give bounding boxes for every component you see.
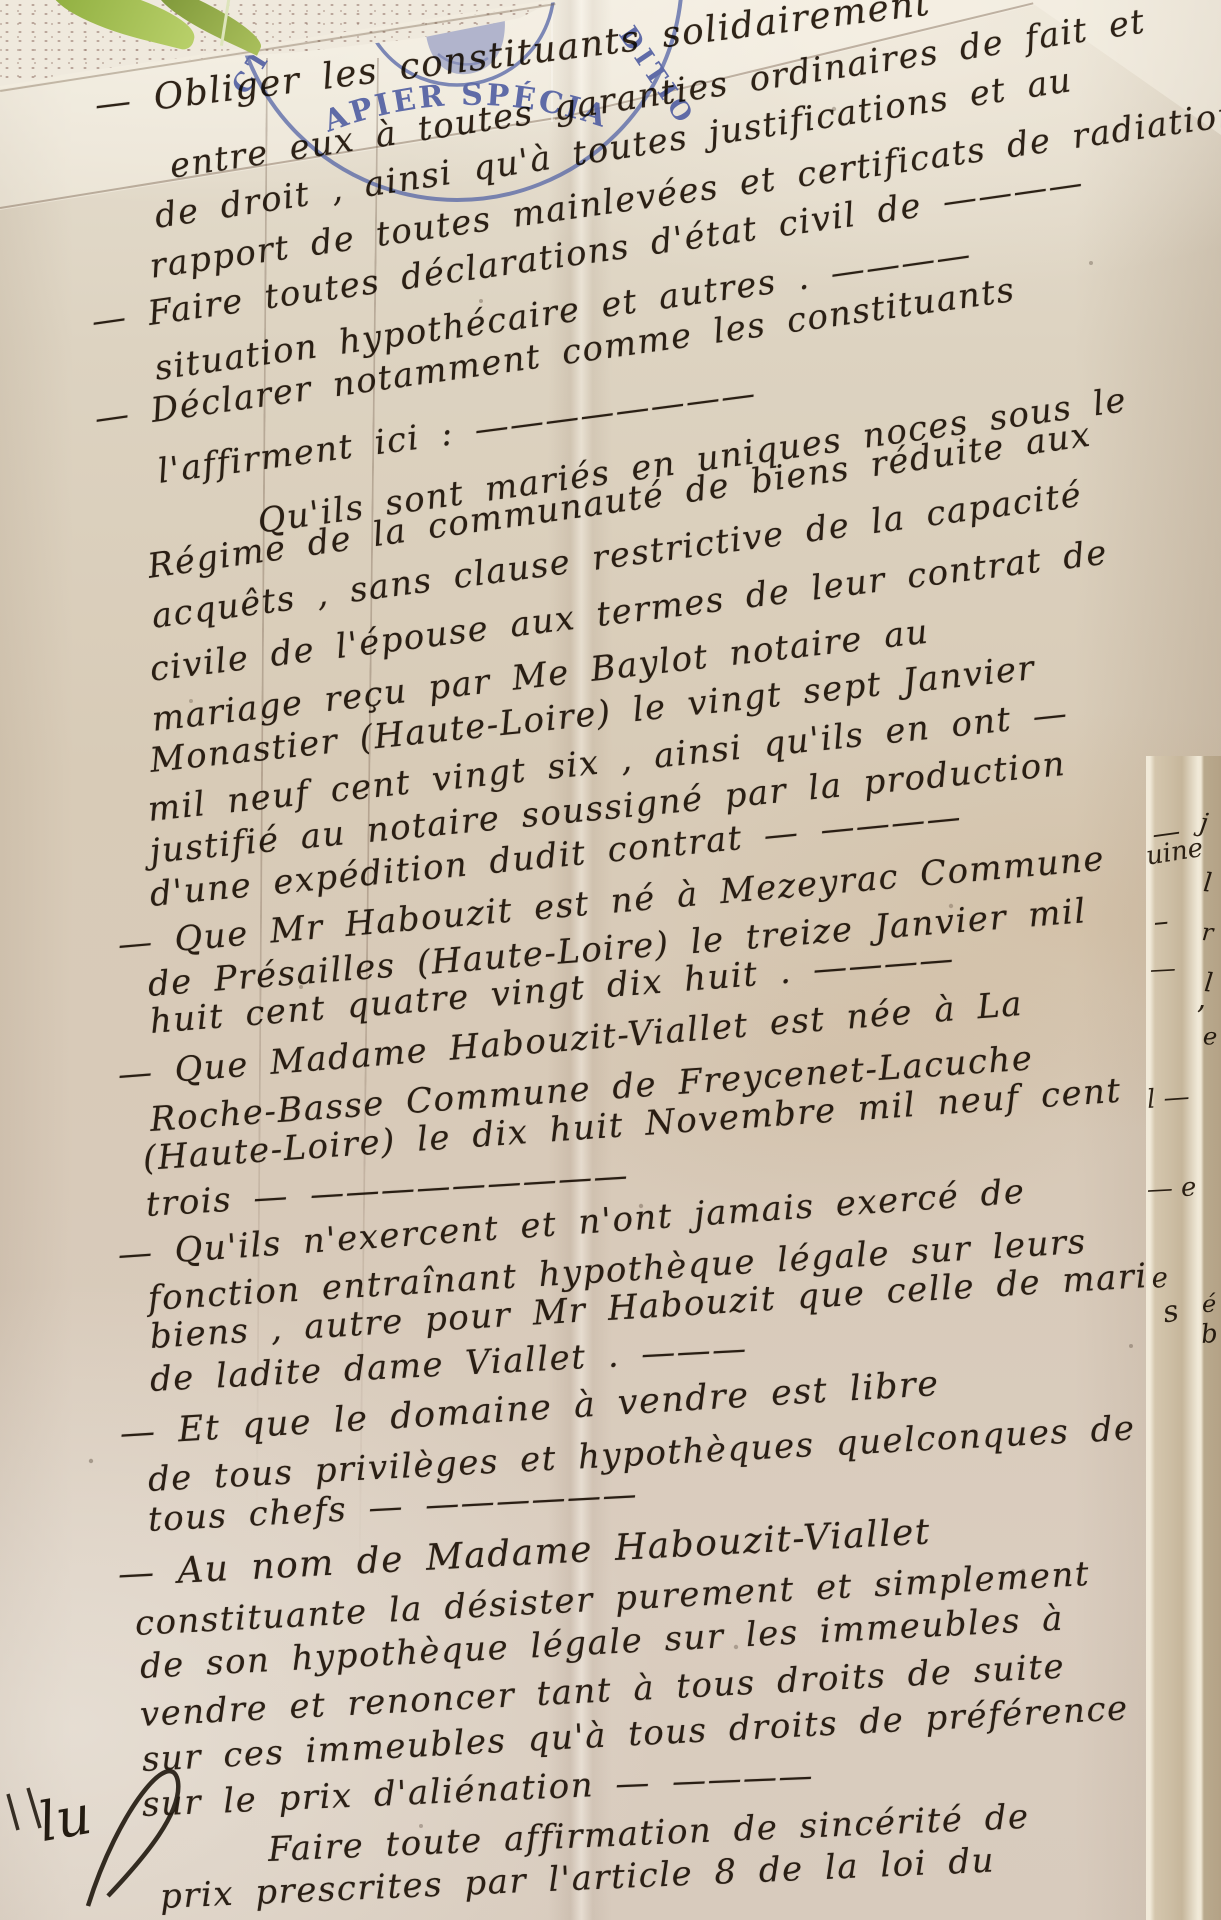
edge-fragment: — e bbox=[1146, 1172, 1197, 1205]
edge-fragment: e bbox=[1202, 1022, 1218, 1051]
paraph-initials: lu bbox=[34, 1783, 96, 1854]
edge-fragment: r bbox=[1201, 918, 1215, 947]
notary-paraph: lu bbox=[0, 1738, 210, 1920]
photo-scene: PAPIER SPÉCIAL CTE DITIO — Obliger les c… bbox=[0, 0, 1221, 1920]
edge-fragment: e bbox=[1150, 1261, 1169, 1295]
edge-fragment: – bbox=[1152, 904, 1170, 940]
edge-fragment: b bbox=[1200, 1319, 1219, 1350]
edge-fragment: l — bbox=[1146, 1082, 1191, 1115]
edge-fragment: é bbox=[1202, 1290, 1216, 1318]
paraph-flourish bbox=[88, 1771, 178, 1906]
manuscript-sheet: PAPIER SPÉCIAL CTE DITIO — Obliger les c… bbox=[0, 0, 1221, 1920]
edge-fragment: — bbox=[1149, 954, 1177, 985]
